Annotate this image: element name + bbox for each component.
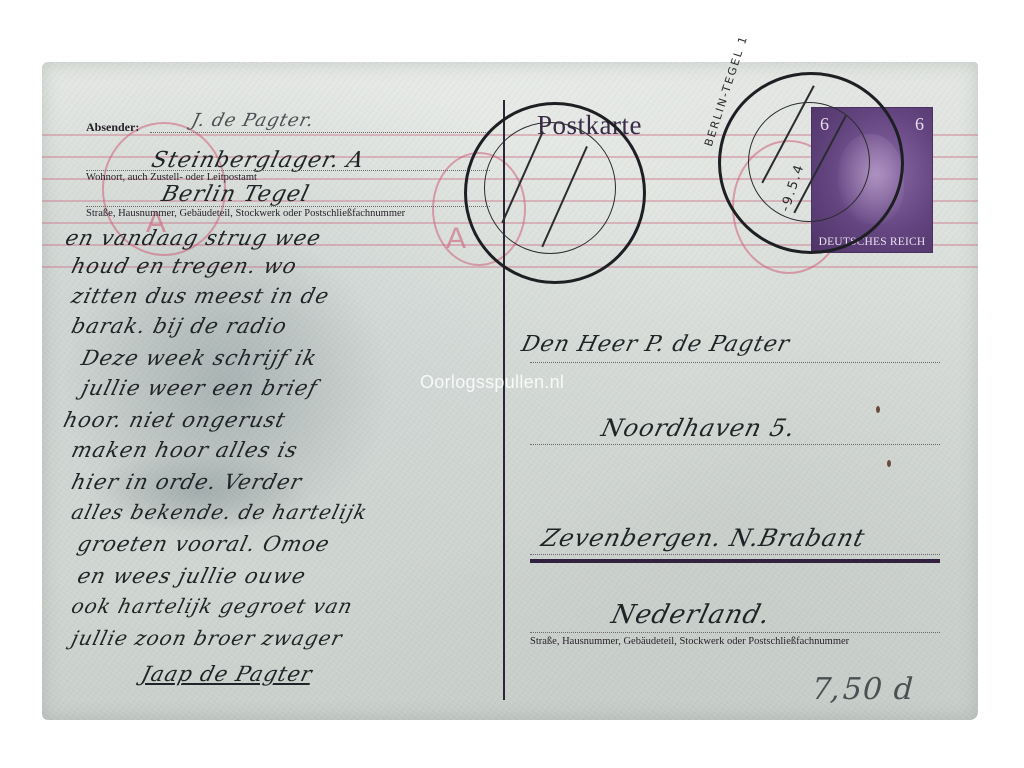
- address-line-4: Nederland.: [608, 600, 774, 630]
- message-line: Deze week schrijf ik: [79, 346, 320, 370]
- message-line: barak. bij de radio: [69, 314, 290, 338]
- address-dotted-2: [530, 444, 940, 445]
- address-line-3: Zevenbergen. N.Brabant: [539, 524, 869, 552]
- strasse-value: Berlin Tegel: [159, 182, 312, 207]
- address-dotted-1: [530, 362, 940, 363]
- signature: Jaap de Pagter: [139, 662, 315, 686]
- foxing-spot: [876, 406, 880, 413]
- message-line: zitten dus meest in de: [69, 284, 332, 308]
- pencil-note: 7,50 d: [808, 672, 918, 707]
- message-line: hoor. niet ongerust: [61, 408, 288, 432]
- address-underline: [530, 559, 940, 563]
- message-line: en vandaag strug wee: [63, 226, 324, 250]
- message-line: alles bekende. de hartelijk: [69, 500, 370, 524]
- message-line: hier in orde. Verder: [69, 470, 305, 494]
- address-dotted-4: [530, 632, 940, 633]
- address-dotted-3: [530, 554, 940, 555]
- address-line-1: Den Heer P. de Pagter: [519, 332, 793, 357]
- message-line: groeten vooral. Omoe: [75, 532, 333, 556]
- stamp-value-right: 6: [915, 114, 924, 135]
- strasse-label: Straße, Hausnummer, Gebäudeteil, Stockwe…: [86, 208, 405, 219]
- absender-label: Absender:: [86, 120, 139, 135]
- strasse-line: [86, 206, 490, 207]
- absender-value: J. de Pagter.: [189, 110, 316, 131]
- message-line: jullie zoon broer zwager: [69, 626, 345, 650]
- watermark: Oorlogsspullen.nl: [420, 372, 564, 393]
- address-strasse-label: Straße, Hausnummer, Gebäudeteil, Stockwe…: [530, 636, 849, 647]
- message-line: ook hartelijk gegroet van: [69, 594, 356, 618]
- message-line: houd en tregen. wo: [69, 254, 300, 278]
- foxing-spot: [887, 460, 891, 467]
- message-line: maken hoor alles is: [69, 438, 301, 462]
- message-line: jullie weer een brief: [79, 376, 320, 400]
- message-line: en wees jullie ouwe: [75, 564, 309, 588]
- absender-line: [150, 132, 490, 133]
- address-line-2: Noordhaven 5.: [599, 414, 799, 442]
- wohnort-line: [86, 170, 490, 171]
